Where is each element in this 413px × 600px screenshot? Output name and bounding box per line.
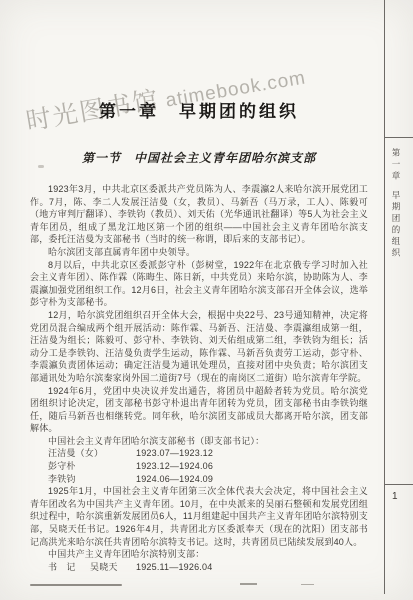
paragraph: 1923年3月，中共北京区委派共产党员陈为人、李震瀛2人来哈尔滨开展党团工作。7… <box>30 183 368 246</box>
roster-row: 彭守朴 1923.12—1924.06 <box>30 460 368 473</box>
paragraph: 哈尔滨团支部直属青年团中央领导。 <box>30 246 368 259</box>
margin-chapter-label: 第一章 <box>391 148 401 183</box>
paragraph: 12月，哈尔滨党团组织召开全体大会，根据中央22号、23号通知精神，决定将党团员… <box>30 309 368 385</box>
roster-row: 汪洁曼（女） 1923.07—1923.12 <box>30 447 368 460</box>
margin-bottom-rule <box>384 484 413 485</box>
body-text: 1923年3月，中共北京区委派共产党员陈为人、李震瀛2人来哈尔滨开展党团工作。7… <box>30 183 368 573</box>
scan-artifact-dash <box>240 583 257 585</box>
scanned-book-page: 时光图书馆atimebook.com 第一章 早期团的组织 第一节 中国社会主义… <box>0 0 413 600</box>
roster-row: 李铁钧 1924.06—1924.09 <box>30 473 368 486</box>
scan-artifact-dash <box>301 584 314 585</box>
text-column: 第一章 早期团的组织 第一节 中国社会主义青年团哈尔滨支部 1923年3月，中共… <box>30 0 368 573</box>
roster-term: 1923.12—1924.06 <box>136 460 213 473</box>
section-title: 第一节 中国社会主义青年团哈尔滨支部 <box>30 149 368 166</box>
roster-name: 彭守朴 <box>48 460 136 473</box>
margin-vertical-rule <box>384 0 385 594</box>
roster-row: 书 记 吴晓天 1925.11—1926.04 <box>30 561 368 574</box>
paragraph: 8月以后，中共北京区委派彭守朴（彭树堂，1922年在北京俄专学习时加入社会主义青… <box>30 259 368 309</box>
margin-vertical-chapter-title: 第一章早期团的组织 <box>389 148 403 260</box>
margin-top-rule <box>384 137 413 138</box>
paragraph: 1925年1月，中国社会主义青年团第三次全体代表大会决定，将中国社会主义青年团改… <box>30 485 368 548</box>
roster-name: 吴晓天 <box>90 561 136 574</box>
roster-term: 1923.07—1923.12 <box>136 447 213 460</box>
roster-term: 1925.11—1926.04 <box>136 561 212 574</box>
paragraph: 1924年6月，党团中央决议并发出通告，将团员中超龄者转为党员。哈尔滨党团组织讨… <box>30 385 368 435</box>
roster-term: 1924.06—1924.09 <box>136 473 213 486</box>
scan-artifact-line <box>30 584 122 586</box>
roster-header: 中国共产主义青年团哈尔滨特别支部： <box>30 548 368 561</box>
roster-header: 中国社会主义青年团哈尔滨支部秘书（即支部书记）： <box>30 435 368 448</box>
chapter-title: 第一章 早期团的组织 <box>30 97 368 122</box>
roster-name: 汪洁曼（女） <box>48 447 136 460</box>
page-number: 1 <box>392 491 398 502</box>
margin-chapter-text: 早期团的组织 <box>391 191 401 260</box>
communist-youth-league-roster: 中国共产主义青年团哈尔滨特别支部： 书 记 吴晓天 1925.11—1926.0… <box>30 548 368 573</box>
roster-post-title: 书 记 <box>48 561 90 574</box>
socialist-youth-league-secretary-roster: 中国社会主义青年团哈尔滨支部秘书（即支部书记）： 汪洁曼（女） 1923.07—… <box>30 435 368 485</box>
roster-name: 李铁钧 <box>48 473 136 486</box>
